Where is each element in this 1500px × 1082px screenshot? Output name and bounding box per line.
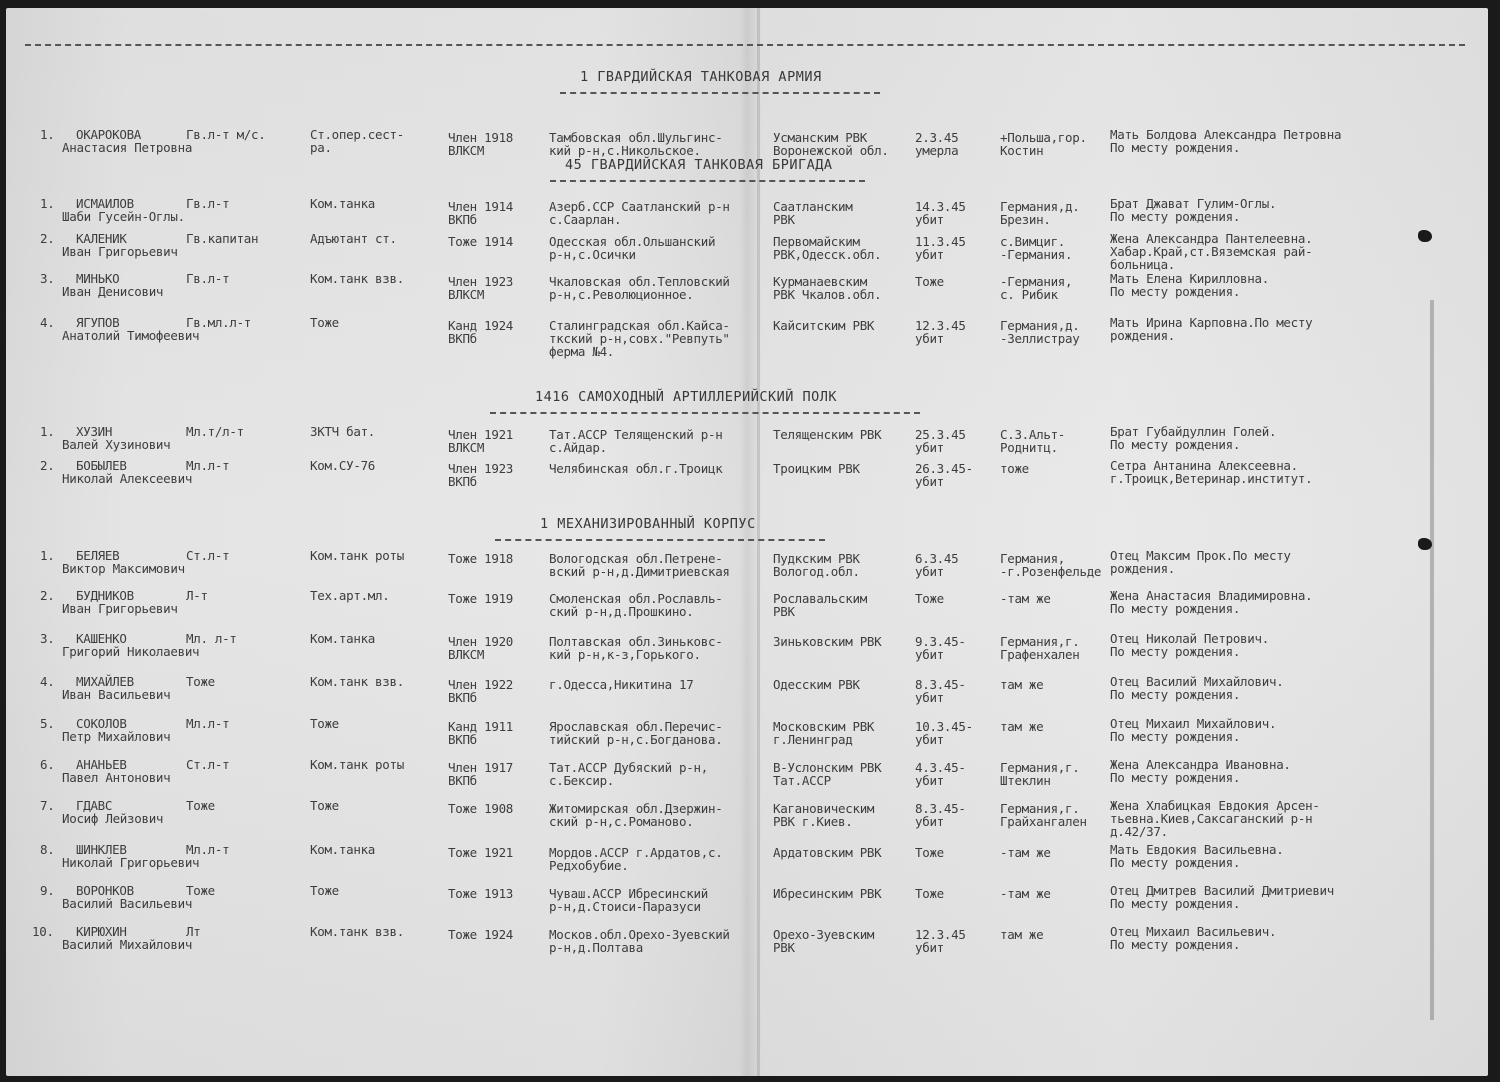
given-name: Григорий Николаевич (62, 645, 199, 659)
rvk-line: РВК (773, 605, 795, 619)
row-number: 10. (32, 925, 54, 939)
kin-line: По месту рождения. (1110, 210, 1240, 224)
burial-line: Роднитц. (1000, 441, 1058, 455)
top-dashed-rule (25, 44, 1465, 46)
kin-line: По месту рождения. (1110, 730, 1240, 744)
burial-line: там же (1000, 678, 1043, 692)
date-line: убит (915, 475, 944, 489)
party-line: ВКПб (448, 774, 477, 788)
post-line: Тоже (310, 717, 339, 731)
birthplace-line: г.Одесса,Никитина 17 (549, 678, 694, 692)
row-number: 9. (40, 884, 54, 898)
birthplace-line: р-н,д.Полтава (549, 941, 643, 955)
rank: Гв.капитан (186, 232, 258, 246)
birthplace-line: р-н,с.Осички (549, 248, 636, 262)
date-line: убит (915, 648, 944, 662)
post-line: Ком.танк взв. (310, 925, 404, 939)
rvk-line: РВК (773, 941, 795, 955)
birthplace-line: тийский р-н,с.Богданова. (549, 733, 722, 747)
burial-line: там же (1000, 720, 1043, 734)
rvk-line: Ибресинским РВК (773, 887, 881, 901)
rvk-line: Тат.АССР (773, 774, 831, 788)
given-name: Иван Денисович (62, 285, 163, 299)
burial-line: Грайхангален (1000, 815, 1087, 829)
rvk-line: Вологод.обл. (773, 565, 860, 579)
section-title: 45 ГВАРДИЙСКАЯ ТАНКОВАЯ БРИГАДА (565, 158, 832, 172)
given-name: Николай Алексеевич (62, 472, 192, 486)
given-name: Петр Михайлович (62, 730, 170, 744)
row-number: 3. (40, 272, 54, 286)
section-underline (550, 180, 865, 182)
burial-line: Штеклин (1000, 774, 1051, 788)
date-line: убит (915, 565, 944, 579)
birthplace-line: с.Саарлан. (549, 213, 621, 227)
burial-line: -там же (1000, 592, 1051, 606)
date-line: Тоже (915, 592, 944, 606)
kin-line: г.Троицк,Ветеринар.институт. (1110, 472, 1312, 486)
date-line: Тоже (915, 846, 944, 860)
kin-line: больница. (1110, 258, 1175, 272)
post-line: Тоже (310, 316, 339, 330)
section-title: 1416 САМОХОДНЫЙ АРТИЛЛЕРИЙСКИЙ ПОЛК (535, 390, 837, 404)
kin-line: По месту рождения. (1110, 602, 1240, 616)
party-line: Тоже 1913 (448, 887, 513, 901)
post-line: Ком.танк взв. (310, 675, 404, 689)
rank: Мл.т/л-т (186, 425, 244, 439)
given-name: Василий Васильевич (62, 897, 192, 911)
rank: Мл.л-т (186, 717, 229, 731)
given-name: Иван Григорьевич (62, 245, 178, 259)
party-line: ВКПб (448, 213, 477, 227)
birthplace-line: ферма №4. (549, 345, 614, 359)
burial-line: -Зеллистрау (1000, 332, 1079, 346)
post-line: Ком.танк взв. (310, 272, 404, 286)
given-name: Шаби Гусейн-Оглы. (62, 210, 185, 224)
given-name: Валей Хузинович (62, 438, 170, 452)
burial-line: -г.Розенфельде (1000, 565, 1101, 579)
row-number: 4. (40, 675, 54, 689)
row-number: 1. (40, 425, 54, 439)
row-number: 2. (40, 459, 54, 473)
birthplace-line: кий р-н,с.Никольское. (549, 144, 701, 158)
birthplace-line: вский р-н,д.Димитриевская (549, 565, 730, 579)
section-underline (495, 539, 825, 541)
rvk-line: Зиньковским РВК (773, 635, 881, 649)
date-line: убит (915, 774, 944, 788)
birthplace-line: с.Бексир. (549, 774, 614, 788)
date-line: убит (915, 213, 944, 227)
burial-line: с. Рибик (1000, 288, 1058, 302)
post-line: Ком.танка (310, 197, 375, 211)
party-line: Тоже 1921 (448, 846, 513, 860)
kin-line: По месту рождения. (1110, 856, 1240, 870)
kin-line: По месту рождения. (1110, 141, 1240, 155)
birthplace-line: р-н,д.Стоиси-Паразуси (549, 900, 701, 914)
post-line: Ком.танка (310, 843, 375, 857)
party-line: ВЛКСМ (448, 144, 484, 158)
post-line: Ком.танка (310, 632, 375, 646)
given-name: Василий Михайлович (62, 938, 192, 952)
rvk-line: РВК,Одесск.обл. (773, 248, 881, 262)
post-line: Тоже (310, 799, 339, 813)
burial-line: -там же (1000, 887, 1051, 901)
paper-fold-right (1430, 300, 1434, 1020)
paper-hole (1418, 538, 1432, 550)
post-line: Тоже (310, 884, 339, 898)
post-line: Тех.арт.мл. (310, 589, 389, 603)
row-number: 3. (40, 632, 54, 646)
party-line: Тоже 1914 (448, 235, 513, 249)
birthplace-line: р-н,с.Революционное. (549, 288, 694, 302)
section-underline (560, 92, 880, 94)
rank: Ст.л-т (186, 549, 229, 563)
burial-line: там же (1000, 928, 1043, 942)
given-name: Анастасия Петровна (62, 141, 192, 155)
row-number: 4. (40, 316, 54, 330)
paper-hole (1418, 230, 1432, 242)
kin-line: По месту рождения. (1110, 438, 1240, 452)
party-line: Тоже 1924 (448, 928, 513, 942)
burial-line: тоже (1000, 462, 1029, 476)
rvk-line: РВК г.Киев. (773, 815, 852, 829)
rank: Л-т (186, 589, 208, 603)
post-line: Ком.СУ-76 (310, 459, 375, 473)
row-number: 2. (40, 589, 54, 603)
given-name: Иван Григорьевич (62, 602, 178, 616)
kin-line: По месту рождения. (1110, 688, 1240, 702)
date-line: Тоже (915, 275, 944, 289)
party-line: ВЛКСМ (448, 441, 484, 455)
date-line: Тоже (915, 887, 944, 901)
rank: Гв.л-т (186, 272, 229, 286)
given-name: Иосиф Лейзович (62, 812, 163, 826)
date-line: умерла (915, 144, 958, 158)
party-line: ВЛКСМ (448, 648, 484, 662)
rank: Гв.л-т м/с. (186, 128, 265, 142)
party-line: ВКПб (448, 332, 477, 346)
rvk-line: РВК Чкалов.обл. (773, 288, 881, 302)
row-number: 1. (40, 128, 54, 142)
date-line: убит (915, 691, 944, 705)
burial-line: Костин (1000, 144, 1043, 158)
party-line: ВКПб (448, 475, 477, 489)
date-line: убит (915, 332, 944, 346)
post-line: Адъютант ст. (310, 232, 397, 246)
post-line: Ком.танк роты (310, 549, 404, 563)
birthplace-line: с.Айдар. (549, 441, 607, 455)
burial-line: Графенхален (1000, 648, 1079, 662)
given-name: Анатолий Тимофеевич (62, 329, 199, 343)
burial-line: -там же (1000, 846, 1051, 860)
party-line: ВЛКСМ (448, 288, 484, 302)
row-number: 1. (40, 549, 54, 563)
section-title: 1 МЕХАНИЗИРОВАННЫЙ КОРПУС (540, 517, 756, 531)
row-number: 5. (40, 717, 54, 731)
party-line: Тоже 1919 (448, 592, 513, 606)
kin-line: По месту рождения. (1110, 645, 1240, 659)
given-name: Павел Антонович (62, 771, 170, 785)
rvk-line: Троицким РВК (773, 462, 860, 476)
birthplace-line: Челябинская обл.г.Троицк (549, 462, 722, 476)
rank: Ст.л-т (186, 758, 229, 772)
rvk-line: РВК (773, 213, 795, 227)
section-underline (490, 412, 920, 414)
rvk-line: г.Ленинград (773, 733, 852, 747)
given-name: Николай Григорьевич (62, 856, 199, 870)
post-line: ЗКТЧ бат. (310, 425, 375, 439)
section-title: 1 ГВАРДИЙСКАЯ ТАНКОВАЯ АРМИЯ (580, 70, 822, 84)
rvk-line: Воронежской обл. (773, 144, 889, 158)
rvk-line: Кайситским РВК (773, 319, 874, 333)
rvk-line: Телященским РВК (773, 428, 881, 442)
kin-line: По месту рождения. (1110, 285, 1240, 299)
birthplace-line: ский р-н,с.Романово. (549, 815, 694, 829)
kin-line: По месту рождения. (1110, 771, 1240, 785)
rank: Мл.л-т (186, 459, 229, 473)
party-line: ВКПб (448, 691, 477, 705)
post-line: Ком.танк роты (310, 758, 404, 772)
kin-line: рождения. (1110, 329, 1175, 343)
post-line: ра. (310, 141, 332, 155)
kin-line: рождения. (1110, 562, 1175, 576)
date-line: убит (915, 815, 944, 829)
row-number: 2. (40, 232, 54, 246)
birthplace-line: Редхобубие. (549, 859, 628, 873)
date-line: убит (915, 941, 944, 955)
rank: Тоже (186, 799, 215, 813)
birthplace-line: ский р-н,д.Прошкино. (549, 605, 694, 619)
date-line: убит (915, 248, 944, 262)
rank: Тоже (186, 675, 215, 689)
party-line: Тоже 1918 (448, 552, 513, 566)
burial-line: -Германия. (1000, 248, 1072, 262)
birthplace-line: кий р-н,к-з,Горького. (549, 648, 701, 662)
burial-line: Брезин. (1000, 213, 1051, 227)
kin-line: По месту рождения. (1110, 938, 1240, 952)
date-line: убит (915, 733, 944, 747)
row-number: 7. (40, 799, 54, 813)
rvk-line: Ардатовским РВК (773, 846, 881, 860)
row-number: 1. (40, 197, 54, 211)
party-line: Тоже 1908 (448, 802, 513, 816)
rvk-line: Одесским РВК (773, 678, 860, 692)
kin-line: По месту рождения. (1110, 897, 1240, 911)
party-line: ВКПб (448, 733, 477, 747)
date-line: убит (915, 441, 944, 455)
row-number: 8. (40, 843, 54, 857)
given-name: Иван Васильевич (62, 688, 170, 702)
row-number: 6. (40, 758, 54, 772)
given-name: Виктор Максимович (62, 562, 185, 576)
kin-line: д.42/37. (1110, 825, 1168, 839)
rank: Гв.л-т (186, 197, 229, 211)
